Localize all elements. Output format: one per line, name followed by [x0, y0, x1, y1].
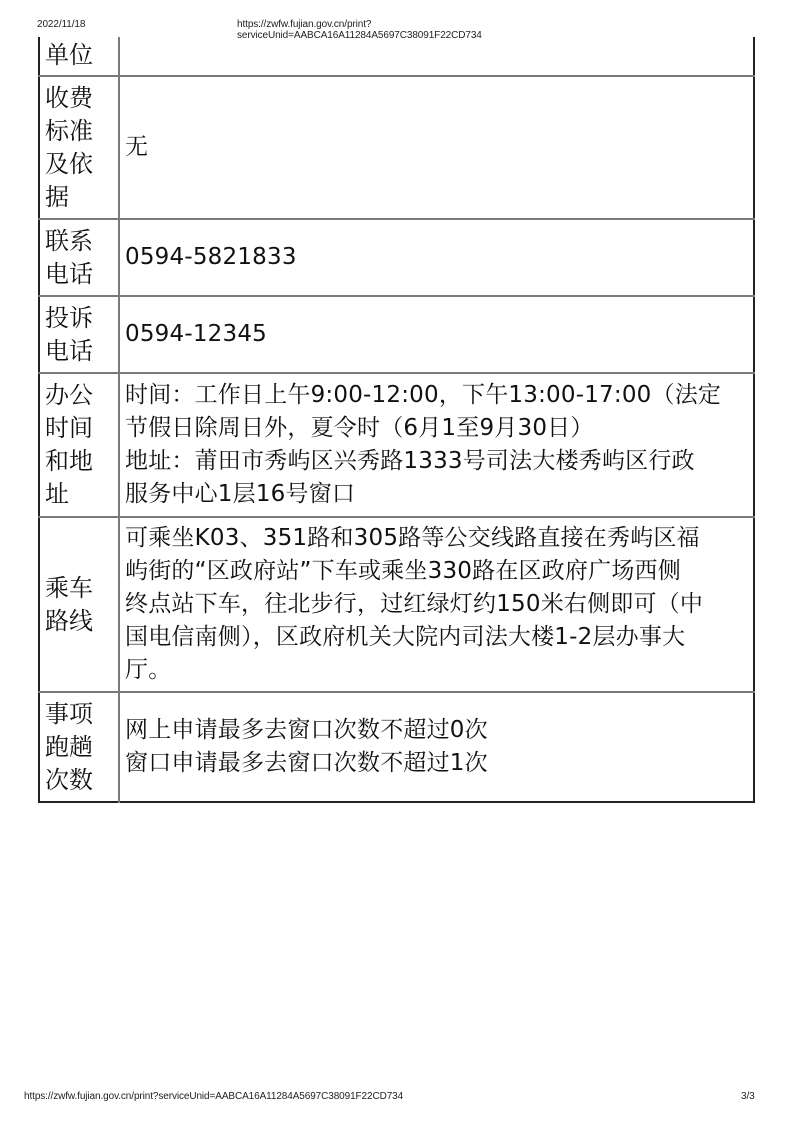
value-text: 终点站下车，往北步行，过红绿灯约150米右侧即可（中: [125, 588, 745, 621]
row-label: 单位: [39, 37, 119, 76]
row-value: 0594-12345: [119, 296, 754, 373]
table-row-contact-phone: 联系 电话 0594-5821833: [39, 219, 754, 296]
label-text: 及依: [45, 148, 118, 181]
row-value: 可乘坐K03、351路和305路等公交线路直接在秀屿区福 屿街的“区政府站”下车…: [119, 517, 754, 692]
table-row-office-hours-address: 办公 时间 和地 址 时间：工作日上午9:00-12:00，下午13:00-17…: [39, 373, 754, 517]
label-text: 乘车: [45, 572, 118, 605]
row-label: 收费 标准 及依 据: [39, 76, 119, 219]
label-text: 据: [45, 181, 118, 214]
label-text: 办公: [45, 379, 118, 412]
table-row-bus-route: 乘车 路线 可乘坐K03、351路和305路等公交线路直接在秀屿区福 屿街的“区…: [39, 517, 754, 692]
row-label: 乘车 路线: [39, 517, 119, 692]
row-label: 联系 电话: [39, 219, 119, 296]
value-text: 屿街的“区政府站”下车或乘坐330路在区政府广场西侧: [125, 555, 745, 588]
value-text: 可乘坐K03、351路和305路等公交线路直接在秀屿区福: [125, 522, 745, 555]
table-row-visit-count: 事项 跑趟 次数 网上申请最多去窗口次数不超过0次 窗口申请最多去窗口次数不超过…: [39, 692, 754, 802]
value-text: 节假日除周日外，夏令时（6月1至9月30日）: [125, 412, 745, 445]
value-text: 地址：莆田市秀屿区兴秀路1333号司法大楼秀屿区行政: [125, 445, 745, 478]
row-value: 网上申请最多去窗口次数不超过0次 窗口申请最多去窗口次数不超过1次: [119, 692, 754, 802]
contact-phone-value: 0594-5821833: [125, 241, 745, 274]
print-footer-url: https://zwfw.fujian.gov.cn/print?service…: [24, 1091, 403, 1102]
table-row-complaint-phone: 投诉 电话 0594-12345: [39, 296, 754, 373]
page-number: 3/3: [741, 1091, 755, 1102]
label-text: 电话: [45, 258, 118, 291]
row-value: 无: [119, 76, 754, 219]
label-text: 路线: [45, 605, 118, 638]
label-text: 收费: [45, 82, 118, 115]
label-text: 联系: [45, 225, 118, 258]
value-text: 国电信南侧），区政府机关大院内司法大楼1-2层办事大: [125, 621, 745, 654]
label-text: 事项: [45, 698, 118, 731]
value-text: 无: [125, 131, 745, 164]
row-label: 投诉 电话: [39, 296, 119, 373]
complaint-phone-value: 0594-12345: [125, 318, 745, 351]
label-text: 投诉: [45, 302, 118, 335]
row-label: 办公 时间 和地 址: [39, 373, 119, 517]
row-value: 0594-5821833: [119, 219, 754, 296]
print-date: 2022/11/18: [37, 19, 85, 30]
value-text: 窗口申请最多去窗口次数不超过1次: [125, 747, 745, 780]
table-row-unit: 单位: [39, 37, 754, 76]
row-value: [119, 37, 754, 76]
value-text: 服务中心1层16号窗口: [125, 478, 745, 511]
label-text: 电话: [45, 335, 118, 368]
value-text: 网上申请最多去窗口次数不超过0次: [125, 714, 745, 747]
service-info-table: 单位 收费 标准 及依 据 无 联系 电话 0594-5821833: [38, 37, 755, 803]
label-text: 单位: [45, 37, 118, 73]
table-row-fee-standard: 收费 标准 及依 据 无: [39, 76, 754, 219]
label-text: 址: [45, 478, 118, 511]
label-text: 和地: [45, 445, 118, 478]
row-value: 时间：工作日上午9:00-12:00，下午13:00-17:00（法定 节假日除…: [119, 373, 754, 517]
label-text: 标准: [45, 115, 118, 148]
label-text: 时间: [45, 412, 118, 445]
value-text: 时间：工作日上午9:00-12:00，下午13:00-17:00（法定: [125, 379, 745, 412]
row-label: 事项 跑趟 次数: [39, 692, 119, 802]
label-text: 跑趟: [45, 731, 118, 764]
label-text: 次数: [45, 764, 118, 797]
value-text: 厅。: [125, 654, 745, 687]
